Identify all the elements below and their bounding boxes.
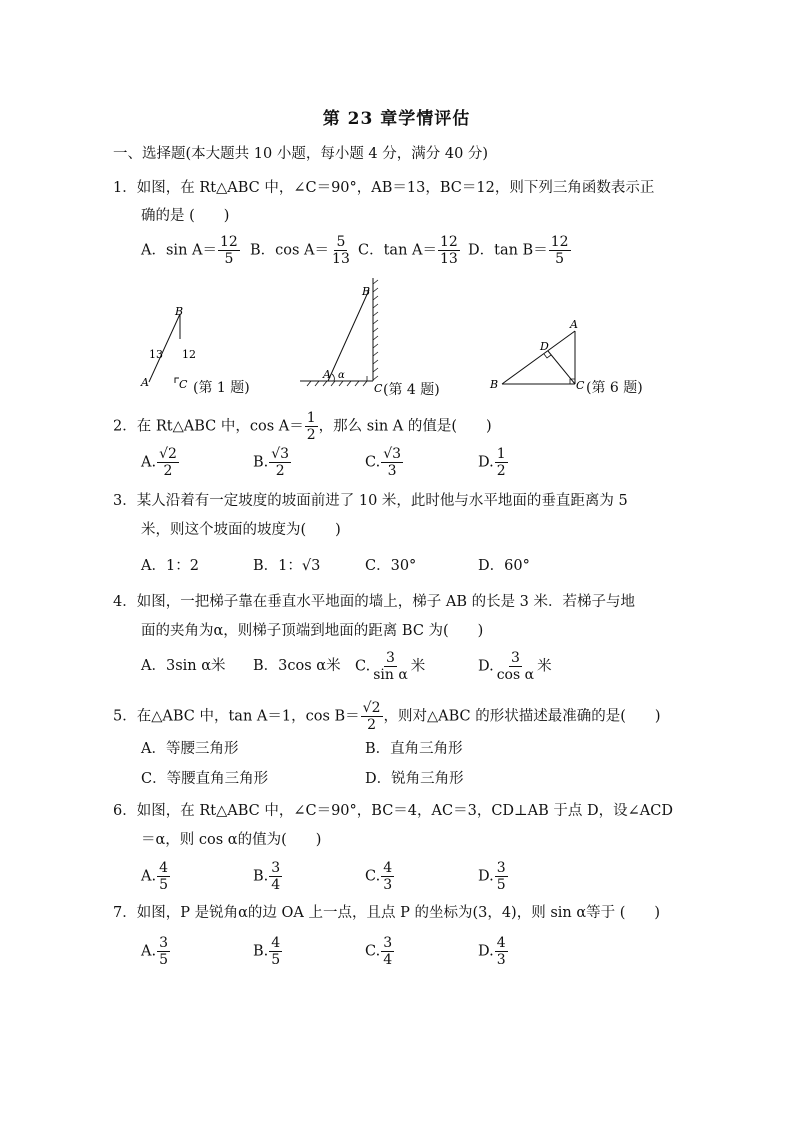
svg-text:α: α xyxy=(338,370,345,381)
q1-option-d[interactable]: D．tan B＝125 xyxy=(468,234,572,267)
q5-option-c[interactable]: C．等腰直角三角形 xyxy=(141,769,268,789)
q2-option-b[interactable]: B.√32 xyxy=(253,446,292,479)
q4-option-c[interactable]: C.3sin α米 xyxy=(355,650,425,683)
figure-q6-caption: (第 6 题) xyxy=(586,377,643,397)
q5-option-b[interactable]: B．直角三角形 xyxy=(365,739,463,759)
svg-text:D: D xyxy=(539,340,549,353)
svg-text:12: 12 xyxy=(182,348,196,361)
q3-option-a[interactable]: A．1：2 xyxy=(141,556,199,576)
svg-text:B: B xyxy=(361,285,370,298)
question-7: 7．如图，P 是锐角α的边 OA 上一点，且点 P 的坐标为(3，4)，则 si… xyxy=(113,903,660,923)
exam-page: 第 23 章学情评估 一、选择题(本大题共 10 小题，每小题 4 分，满分 4… xyxy=(0,0,793,1122)
question-3-line2: 米，则这个坡面的坡度为( ) xyxy=(141,520,341,540)
question-4: 4．如图，一把梯子靠在垂直水平地面的墙上，梯子 AB 的长是 3 米．若梯子与地 xyxy=(113,592,635,612)
question-3: 3．某人沿着有一定坡度的坡面前进了 10 米，此时他与水平地面的垂直距离为 5 xyxy=(113,491,628,511)
svg-text:C: C xyxy=(179,378,188,391)
q4-option-a[interactable]: A．3sin α米 xyxy=(141,656,226,676)
question-4-line2: 面的夹角为α，则梯子顶端到地面的距离 BC 为( ) xyxy=(141,621,483,641)
q4-option-b[interactable]: B．3cos α米 xyxy=(253,656,341,676)
q6-option-d[interactable]: D.35 xyxy=(478,860,509,893)
figure-q4: B A α C (第 4 题) xyxy=(295,278,455,400)
question-1: 1．如图，在 Rt△ABC 中，∠C＝90°，AB＝13，BC＝12，则下列三角… xyxy=(113,178,654,198)
question-6-line2: ＝α，则 cos α的值为( ) xyxy=(141,830,321,850)
q4-option-d[interactable]: D.3cos α米 xyxy=(478,650,552,683)
q6-option-c[interactable]: C.43 xyxy=(365,860,395,893)
q6-option-a[interactable]: A.45 xyxy=(141,860,171,893)
question-2: 2．在 Rt△ABC 中，cos A＝12，那么 sin A 的值是( ) xyxy=(113,410,492,443)
q3-option-c[interactable]: C．30° xyxy=(365,556,416,576)
q2-option-d[interactable]: D.12 xyxy=(478,446,509,479)
svg-text:B: B xyxy=(174,305,183,318)
page-title: 第 23 章学情评估 xyxy=(0,104,793,129)
figure-q4-caption: (第 4 题) xyxy=(383,379,440,399)
q2-option-a[interactable]: A.√22 xyxy=(141,446,180,479)
q1-option-c[interactable]: C．tan A＝1213 xyxy=(358,234,461,267)
q6-option-b[interactable]: B.34 xyxy=(253,860,283,893)
q1-option-a[interactable]: A．sin A＝125 xyxy=(141,234,241,267)
figure-q1-caption: (第 1 题) xyxy=(193,377,250,397)
question-1-line2: 确的是 ( ) xyxy=(141,206,229,226)
svg-text:A: A xyxy=(322,368,331,381)
figure-q6: A D B C (第 6 题) xyxy=(488,316,688,400)
q7-option-c[interactable]: C.34 xyxy=(365,935,395,968)
svg-text:A: A xyxy=(569,318,578,331)
q3-option-b[interactable]: B．1：√3 xyxy=(253,556,320,576)
svg-text:C: C xyxy=(374,382,383,395)
q5-option-d[interactable]: D．锐角三角形 xyxy=(365,769,464,789)
figure-q1: B 13 12 A C (第 1 题) xyxy=(135,298,265,398)
q7-option-a[interactable]: A.35 xyxy=(141,935,171,968)
svg-text:C: C xyxy=(576,379,585,392)
section-heading: 一、选择题(本大题共 10 小题，每小题 4 分，满分 40 分) xyxy=(113,144,488,164)
svg-text:B: B xyxy=(489,378,498,391)
q7-option-d[interactable]: D.43 xyxy=(478,935,509,968)
question-5: 5．在△ABC 中，tan A＝1，cos B＝√22，则对△ABC 的形状描述… xyxy=(113,700,661,733)
q5-option-a[interactable]: A．等腰三角形 xyxy=(141,739,238,759)
question-6: 6．如图，在 Rt△ABC 中，∠C＝90°，BC＝4，AC＝3，CD⊥AB 于… xyxy=(113,801,673,821)
svg-text:A: A xyxy=(140,376,149,389)
q7-option-b[interactable]: B.45 xyxy=(253,935,283,968)
q1-option-b[interactable]: B．cos A＝513 xyxy=(250,234,353,267)
svg-text:13: 13 xyxy=(149,348,163,361)
q2-option-c[interactable]: C.√33 xyxy=(365,446,404,479)
q3-option-d[interactable]: D．60° xyxy=(478,556,530,576)
